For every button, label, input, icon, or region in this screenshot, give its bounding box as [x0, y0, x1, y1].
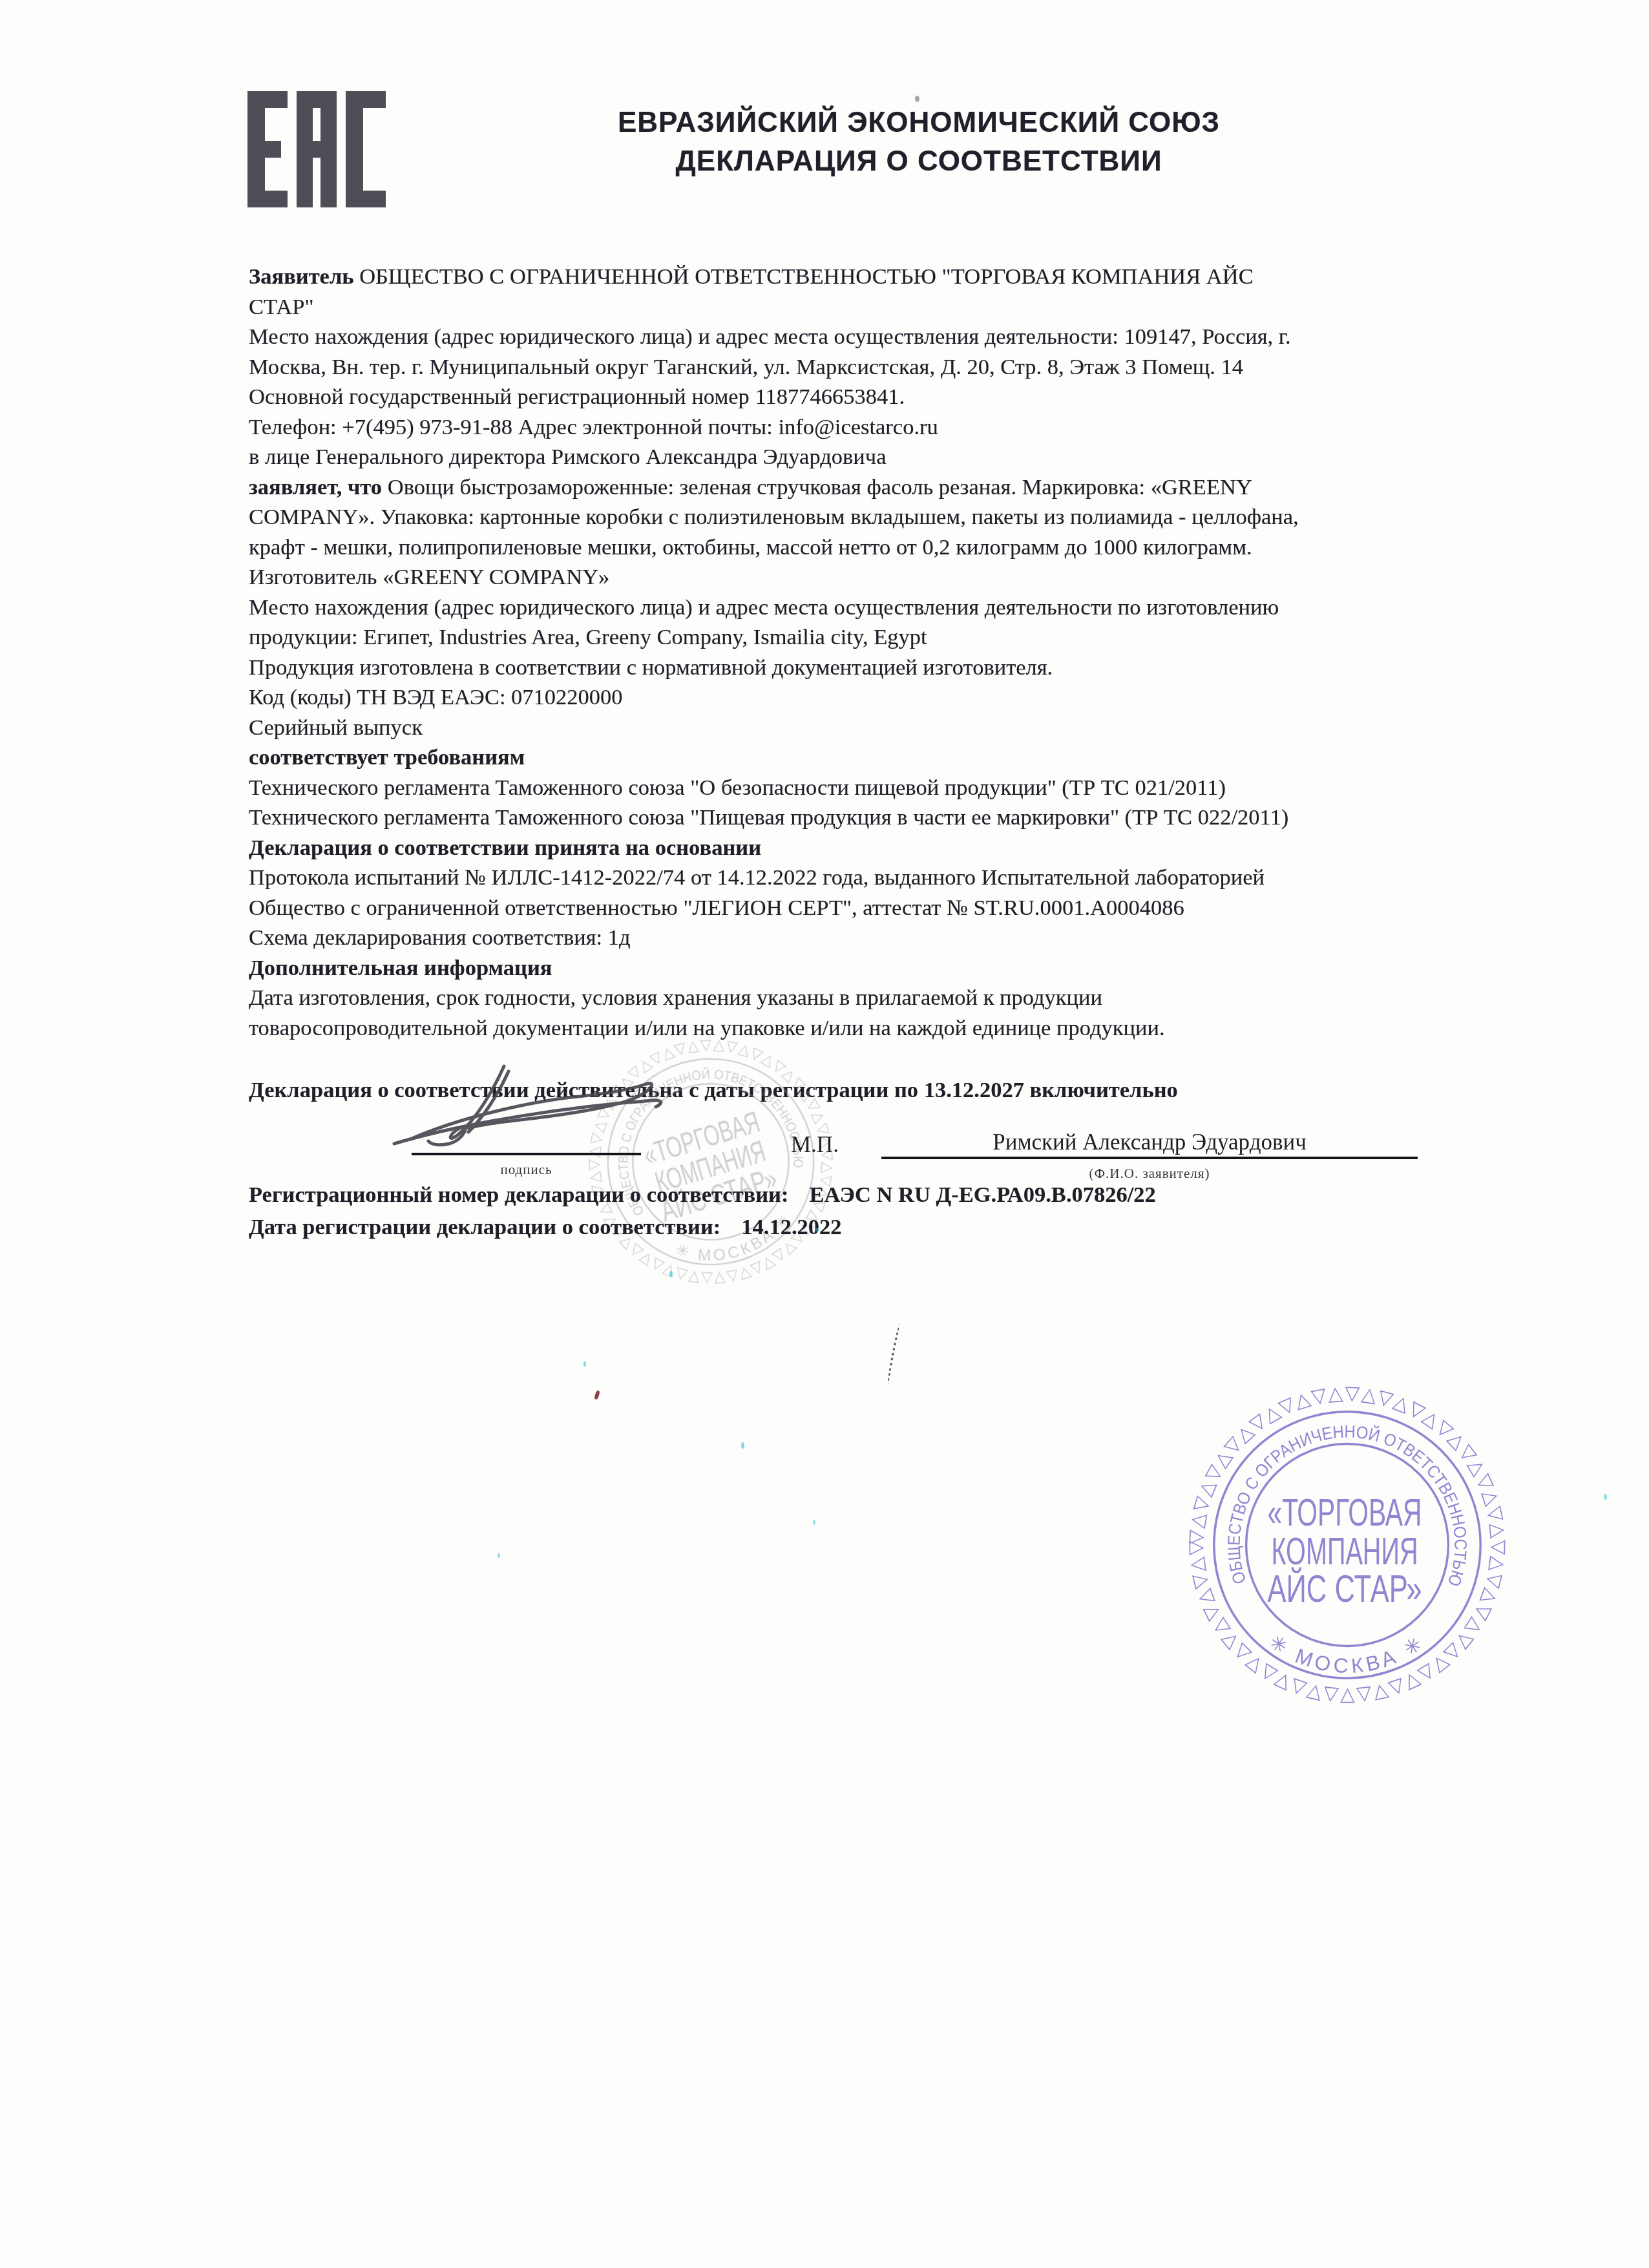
- signature-caption: подпись: [412, 1162, 641, 1178]
- body-line: продукции: Египет, Industries Area, Gree…: [249, 622, 1515, 653]
- declaration-page: ЕВРАЗИЙСКИЙ ЭКОНОМИЧЕСКИЙ СОЮЗ ДЕКЛАРАЦИ…: [0, 0, 1649, 2268]
- scan-speck: [1604, 1494, 1607, 1500]
- name-caption: (Ф.И.О. заявителя): [881, 1166, 1418, 1182]
- header-declaration-title: ДЕКЛАРАЦИЯ О СООТВЕТСТВИИ: [596, 142, 1242, 181]
- header-union-title: ЕВРАЗИЙСКИЙ ЭКОНОМИЧЕСКИЙ СОЮЗ: [596, 103, 1242, 142]
- registration-number-label: Регистрационный номер декларации о соотв…: [249, 1182, 788, 1207]
- body-line: Декларация о соответствии принята на осн…: [249, 833, 1515, 863]
- body-line: Общество с ограниченной ответственностью…: [249, 893, 1515, 923]
- body-line: крафт - мешки, полипропиленовые мешки, о…: [249, 532, 1515, 563]
- body-line: Код (коды) ТН ВЭД ЕАЭС: 0710220000: [249, 682, 1515, 713]
- body-line: Продукция изготовлена в соответствии с н…: [249, 653, 1515, 683]
- signer-name-underline: [881, 1157, 1418, 1159]
- body-line: заявляет, что Овощи быстрозамороженные: …: [249, 472, 1515, 503]
- eac-logo: [247, 91, 386, 207]
- body-line: в лице Генерального директора Римского А…: [249, 442, 1515, 472]
- body-line: Место нахождения (адрес юридического лиц…: [249, 322, 1515, 352]
- body-line: Место нахождения (адрес юридического лиц…: [249, 593, 1515, 623]
- body-line: Серийный выпуск: [249, 713, 1515, 743]
- body-line: соответствует требованиям: [249, 742, 1515, 773]
- document-header: ЕВРАЗИЙСКИЙ ЭКОНОМИЧЕСКИЙ СОЮЗ ДЕКЛАРАЦИ…: [596, 103, 1242, 181]
- registration-date-label: Дата регистрации декларации о соответств…: [249, 1215, 720, 1239]
- body-line: Протокола испытаний № ИЛЛС-1412-2022/74 …: [249, 863, 1515, 893]
- scan-speck: [583, 1361, 586, 1367]
- registration-date-value: 14.12.2022: [741, 1215, 841, 1239]
- body-line: Телефон: +7(495) 973-91-88 Адрес электро…: [249, 412, 1515, 443]
- scan-speck: [498, 1553, 500, 1558]
- body-line: COMPANY». Упаковка: картонные коробки с …: [249, 502, 1515, 532]
- company-stamp: ▽△▽△▽△▽△▽△▽△▽△▽△▽△▽△▽△▽△▽△▽△▽△▽△▽△▽△▽△▽△…: [1180, 1378, 1515, 1712]
- body-line: Технического регламента Таможенного союз…: [249, 773, 1515, 803]
- scan-speck: [815, 1228, 819, 1232]
- registration-number-line: Регистрационный номер декларации о соотв…: [249, 1182, 1156, 1208]
- body-line: СТАР": [249, 292, 1515, 322]
- scan-speck: [669, 1271, 673, 1277]
- signature-underline: [412, 1153, 641, 1155]
- registration-number-value: ЕАЭС N RU Д-EG.РА09.В.07826/22: [809, 1182, 1155, 1207]
- stamp-place-label: М.П.: [791, 1132, 839, 1158]
- body-line: Москва, Вн. тер. г. Муниципальный округ …: [249, 352, 1515, 383]
- body-line: Дата изготовления, срок годности, услови…: [249, 983, 1515, 1013]
- stamp-center-line1: «ТОРГОВАЯ: [1267, 1491, 1422, 1534]
- scan-speck: [741, 1442, 744, 1449]
- body-line: Основной государственный регистрационный…: [249, 382, 1515, 412]
- body-line: Заявитель ОБЩЕСТВО С ОГРАНИЧЕННОЙ ОТВЕТС…: [249, 262, 1515, 292]
- scan-speck: [915, 96, 919, 102]
- body-text: Заявитель ОБЩЕСТВО С ОГРАНИЧЕННОЙ ОТВЕТС…: [249, 262, 1515, 1043]
- body-line: Технического регламента Таможенного союз…: [249, 803, 1515, 833]
- registration-date-line: Дата регистрации декларации о соответств…: [249, 1215, 842, 1240]
- scan-speck: [594, 1390, 600, 1400]
- stamp-city-text: ✳ МОСКВА ✳: [1265, 1630, 1430, 1677]
- scan-speck: [813, 1520, 815, 1525]
- body-line: Изготовитель «GREENY COMPANY»: [249, 562, 1515, 593]
- stamp-center-line3: АЙС СТАР»: [1267, 1567, 1422, 1610]
- body-line: Схема декларирования соответствия: 1д: [249, 923, 1515, 953]
- svg-text:✳ МОСКВА ✳: ✳ МОСКВА ✳: [1265, 1630, 1430, 1677]
- signer-name: Римский Александр Эдуардович: [881, 1129, 1418, 1155]
- scan-speck: [886, 1323, 903, 1385]
- body-line: Дополнительная информация: [249, 953, 1515, 983]
